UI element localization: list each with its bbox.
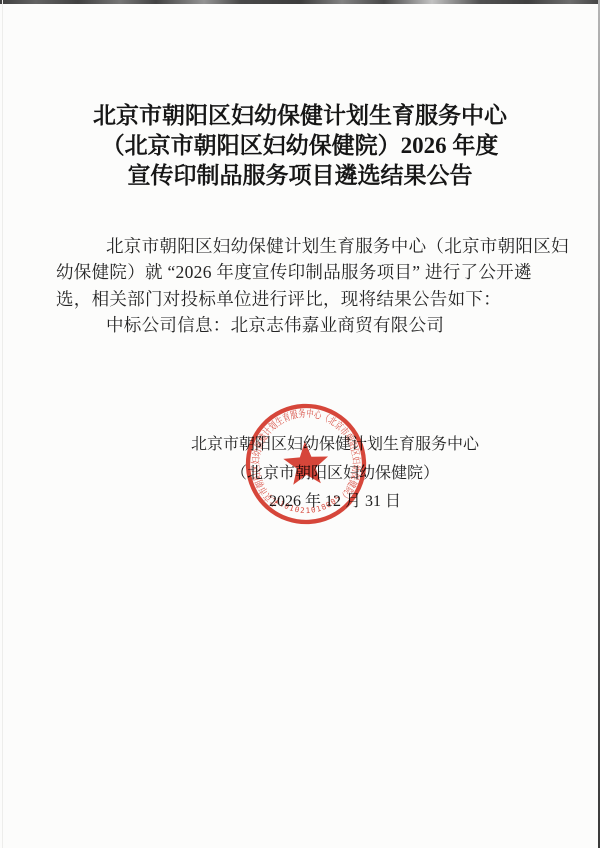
star-icon	[282, 440, 329, 485]
title-line-1: 北京市朝阳区妇幼保健计划生育服务中心	[0, 101, 600, 131]
body-line-2: 幼保健院）就 “2026 年度宣传印制品服务项目” 进行了公开遴	[56, 259, 548, 285]
announcement-title: 北京市朝阳区妇幼保健计划生育服务中心 （北京市朝阳区妇幼保健院）2026 年度 …	[0, 101, 600, 191]
winning-bidder-line: 中标公司信息：北京志伟嘉业商贸有限公司	[56, 312, 548, 338]
title-line-3: 宣传印制品服务项目遴选结果公告	[0, 161, 600, 191]
body-line-1: 北京市朝阳区妇幼保健计划生育服务中心（北京市朝阳区妇	[56, 233, 548, 259]
scanned-document-page: 北京市朝阳区妇幼保健计划生育服务中心 （北京市朝阳区妇幼保健院）2026 年度 …	[0, 0, 600, 848]
official-red-seal-stamp: 北京市朝阳区妇幼保健计划生育服务中心（北京市朝阳区妇幼保健院） 11010210…	[232, 390, 379, 537]
scan-artifact-top-edge	[0, 0, 600, 4]
body-line-3: 选，相关部门对投标单位进行评比，现将结果公告如下：	[56, 286, 548, 312]
announcement-body: 北京市朝阳区妇幼保健计划生育服务中心（北京市朝阳区妇 幼保健院）就 “2026 …	[56, 233, 548, 339]
title-line-2: （北京市朝阳区妇幼保健院）2026 年度	[0, 131, 600, 161]
